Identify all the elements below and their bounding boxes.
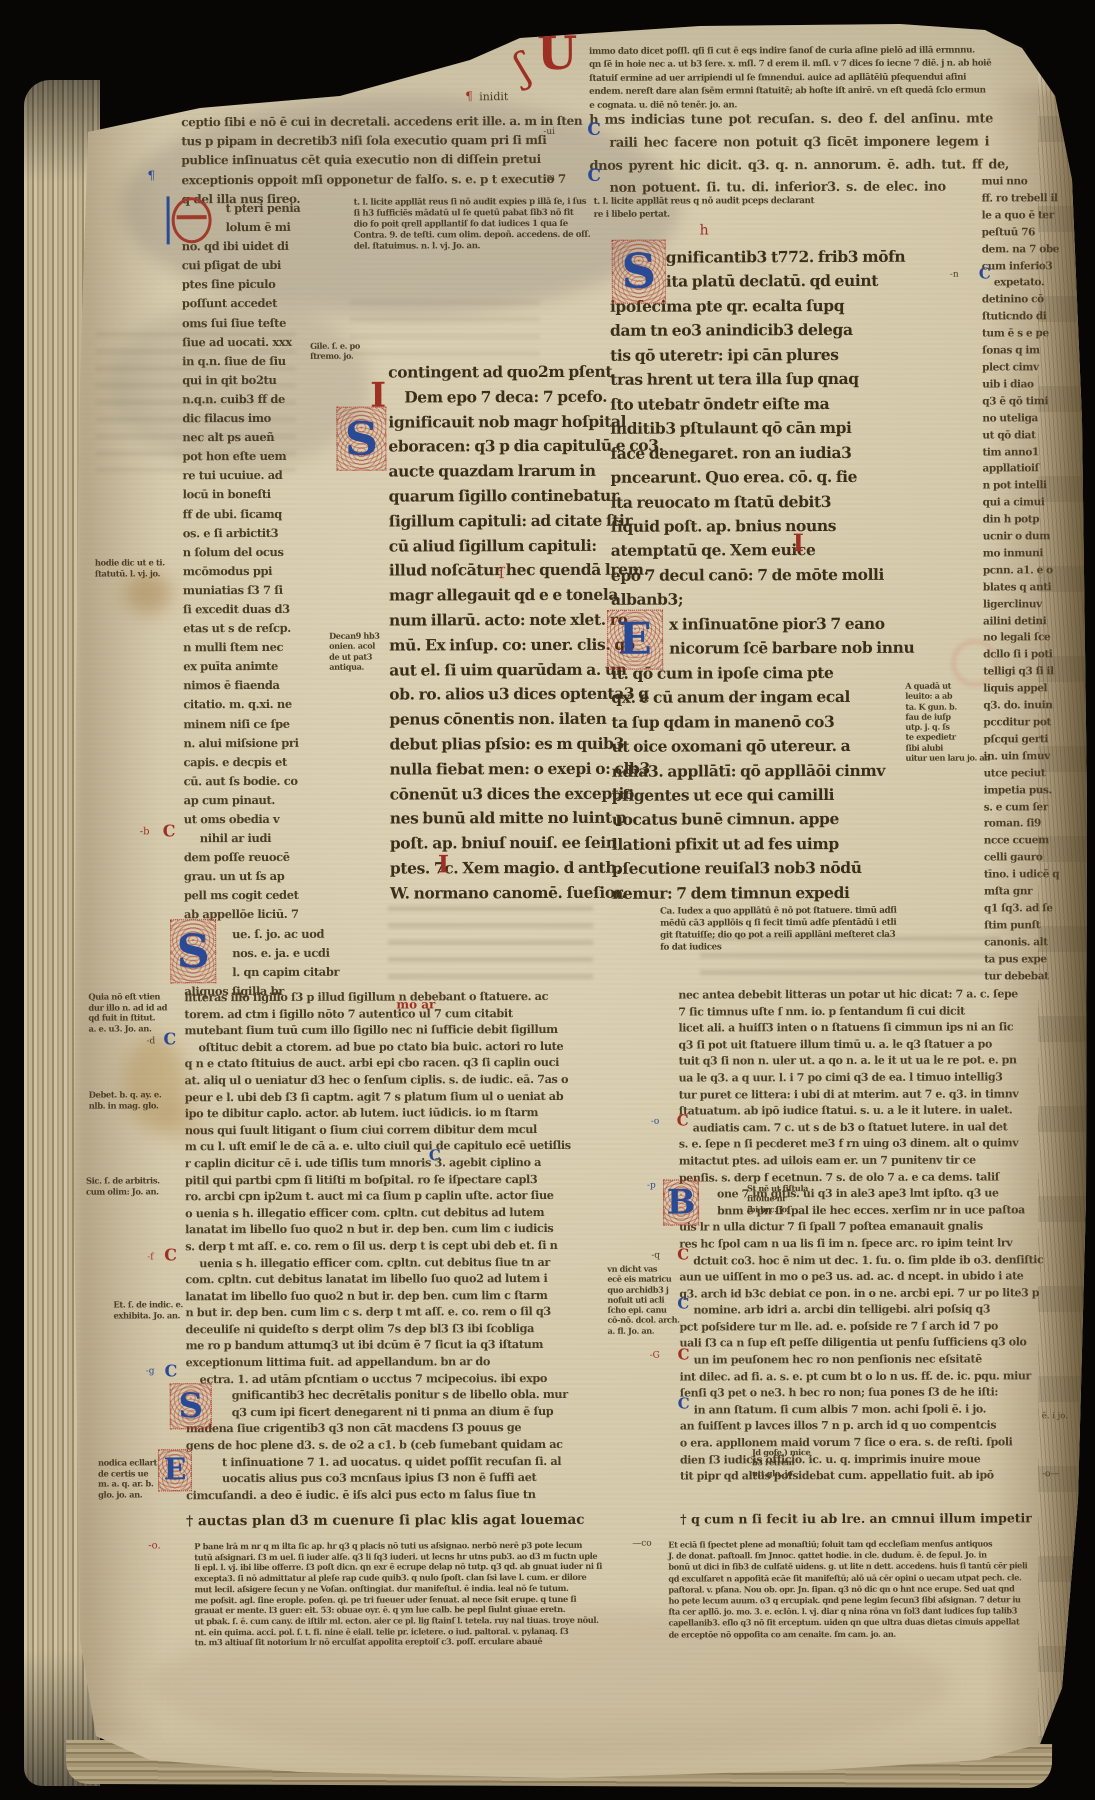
text-line: qx. e cū anum der ingam ecal: [611, 685, 914, 711]
interlinear-note-left: t. l. licite appllāt reus ſi nō audit ex…: [354, 197, 591, 253]
text-line: s. e. ſepe n ſi pecderet me3 f rn uing o…: [679, 1136, 1043, 1154]
text-line: uali ſ3 ca n ſup eſt peſſe diligentia ut…: [680, 1335, 1044, 1353]
text-line: Jd gofe.) mice: [752, 1447, 810, 1458]
text-line: dio fo poit qrell appllantiſ fo dat iudi…: [354, 219, 591, 231]
gloss-column-right: mui nnoff. ro trebell ille a quo ē terpe…: [981, 173, 1061, 985]
text-line: immo dato dicet poſſl. qſi ſi cut ē eqs …: [589, 44, 991, 59]
text-line: pſecutione reuiſal3 nob3 nōdū: [612, 856, 915, 882]
text-line: pccditur pot: [983, 714, 1060, 731]
text-line: int dilec. ad fi. a. s. e. pt cum bt o l…: [680, 1368, 1044, 1386]
wideR-C5: C: [678, 1397, 690, 1412]
text-line: leuito: a ab: [905, 691, 989, 702]
text-line: fau de iuſp: [905, 711, 989, 722]
text-line: re i libelo pertat.: [594, 208, 815, 221]
text-line: h ms indicias tune pot recuſan. s. deo f…: [589, 108, 1009, 132]
text-line: nimos ē fiaenda: [183, 676, 338, 696]
manuscript-photo: immo dato dicet poſſl. qſi ſi cut ē eqs …: [0, 0, 1095, 1800]
indit-label: inidit: [479, 91, 508, 102]
text-line: ap cum pinaut.: [184, 791, 339, 811]
text-line: one 7 im gitis. ui q3 in ale3 ape3 lmt i…: [679, 1185, 1043, 1203]
text-line: dnos pyrent hic dicit. q3. q. n. annorum…: [589, 154, 1009, 178]
text-line: no uteliga: [982, 410, 1059, 427]
text-line: uis lr n ulla dictur 7 ſi ſpall 7 poſtea…: [679, 1219, 1043, 1237]
text-line: uitur uen laru jo. an: [905, 753, 989, 764]
text-line: lanatat im libello ſuo quo2 n but ir. de…: [185, 1287, 571, 1305]
text-line: uenia s h. illegatio efficer com. cpltn.…: [185, 1253, 571, 1271]
text-line: oms ſui ſiue teſte: [182, 313, 337, 333]
parchment-page: immo dato dicet poſſl. qſi ſi cut ē eqs …: [0, 0, 1095, 1800]
text-line: ligerclinuv: [983, 596, 1060, 613]
text-line: ſtatuiſ ermine ad uer arripiendi ul ſe ſ…: [589, 71, 991, 86]
text-line: Sic. ſ. de arbitris.: [86, 1175, 160, 1186]
text-line: ucnir o dum: [983, 528, 1060, 545]
text-line: ta. K gun. b.: [905, 701, 989, 712]
footer-left-note-block: P bane lrā m nr q m ilta ſic ap. hr q3 q…: [194, 1540, 602, 1648]
wideR-C4: C: [678, 1348, 690, 1363]
gloss-column-left: t pteri penialolum ē mino. qd ibi uidet …: [182, 199, 340, 1001]
text-line: roman. ſi9: [984, 816, 1061, 833]
ref-q: -q: [651, 1252, 660, 1261]
text-line: ptes ſine piculo: [182, 275, 337, 295]
text-line: ſtremo. jo.: [310, 351, 360, 361]
text-line: audiatis cam. 7 c. ut s de b3 o ſtatuet …: [679, 1119, 1043, 1137]
text-line: a. fl. Jo. an.: [607, 1325, 679, 1336]
text-line: nlb. in mag. glo.: [89, 1100, 162, 1111]
text-line: nihil ar iudi: [184, 829, 339, 849]
text-line: n pot intelli: [983, 478, 1060, 495]
text-line: peur e l. ubi deb ſ3 ſi captm. agit 7 s …: [185, 1087, 571, 1105]
text-line: celli gauro: [984, 849, 1061, 866]
text-line: expetato.: [982, 275, 1059, 292]
text-line: ſtim punſt: [984, 917, 1061, 934]
text-line: tn. m3 altiuaſ ſit notorium lr nō erculſ…: [195, 1636, 603, 1648]
footer-right-heading: † q cum n ſi fecit iu ab lre. an cmnui i…: [680, 1510, 1032, 1526]
quire-swash: ʃ: [510, 48, 535, 89]
text-line: cū. aut ſs bodie. co: [184, 772, 339, 792]
text-line: cum inferio3: [982, 258, 1059, 275]
text-line: muniatias ſ3 7 ſi: [183, 581, 338, 601]
text-line: tus p pipam in decretib3 niſi ſola execu…: [181, 131, 582, 152]
text-line: nec alt ps aueñ: [182, 428, 337, 448]
text-line: n but ir. dep ben. cum lim c s. derp t m…: [185, 1303, 571, 1321]
text-line: ibi brc. jo.: [747, 1204, 808, 1215]
gutter-note: Decan9 hb3onien. acolde ut pat3antiqua.: [329, 631, 380, 672]
text-line: St nē ut fiſtula: [747, 1183, 808, 1194]
text-line: cimcuſandi. a deo ē iudic. ē iſs alci pu…: [186, 1486, 572, 1504]
text-line: ſcho epi. canu: [607, 1305, 679, 1316]
text-line: n.q.n. cuib3 ff de: [182, 390, 337, 410]
text-line: t inſinuatione 7 1. ad uocatus. q uidet …: [186, 1453, 572, 1471]
text-line: pot hon eſte uem: [182, 447, 337, 467]
text-line: oſtituc debit a ctorem. ad bue po ctato …: [184, 1038, 570, 1056]
wideL-red-inline: mo ar: [396, 998, 435, 1010]
initial-letter: S: [178, 1389, 203, 1423]
lower-gloss-column-right: nec antea debebit litteras un potar ut h…: [678, 986, 1044, 1485]
text-line: de erceptōe nō oppoſita co am cenaite. ſ…: [669, 1628, 1028, 1640]
text-line: ecē eis matricu: [607, 1274, 679, 1285]
text-line: pct poſsidere tur m lle. ad. e. poſside …: [679, 1318, 1043, 1336]
text-line: t. l. licite appllāt reus ſi nō audit ex…: [354, 197, 591, 209]
margin-note: Debet. b. q. ay. e.nlb. in mag. glo.: [89, 1089, 162, 1110]
edge-note: ē. i jo.: [1042, 1412, 1068, 1421]
edge-dash: -o—: [1042, 1470, 1060, 1479]
ref-p: -p: [647, 1182, 656, 1191]
text-line: poſſunt accedet: [182, 294, 337, 314]
text-line: ailini detini: [983, 613, 1060, 630]
margin-note: Sic. ſ. de arbitris.cum olim: Jo. an.: [86, 1175, 160, 1196]
text-line: dctuit co3. hoc ē nim ut dec. 1. ſu. o. …: [679, 1252, 1043, 1270]
text-line: cum olim: Jo. an.: [86, 1186, 160, 1197]
wideL-C2: C: [164, 1247, 177, 1263]
gutter-note: A quadā utleuito: a abta. K gun. b.fau d…: [905, 680, 990, 763]
text-line: dien ſ3 iudicis officio. ic. u. q. impri…: [680, 1451, 1044, 1469]
text-line: dic filacus imo: [182, 409, 337, 429]
initial-letter: S: [176, 928, 209, 974]
footer-ref-o: -o.: [148, 1541, 160, 1551]
footer-ref-co: —co: [632, 1540, 652, 1549]
text-line: liquis appel: [983, 680, 1060, 697]
text-line: ut qō diat: [982, 427, 1059, 444]
text-line: q3 cum ipi ficert denegarent ni ti pnma …: [186, 1403, 572, 1421]
colA-C: C: [163, 823, 176, 839]
text-line: ſtuticndo di: [982, 308, 1059, 325]
text-line: ceptio ſibi e nō ē cui in decretali. acc…: [181, 112, 582, 133]
text-line: mut lecil. aſsigere ſecun y ne Voſan. on…: [194, 1583, 602, 1595]
text-line: tur debebat: [984, 968, 1061, 985]
text-line: t. l. licite appllāt reus q nō audit pce…: [594, 195, 815, 208]
text-line: ndia3. appllātī: qō appllāōi cinmv: [612, 758, 915, 784]
text-line: nemur: 7 dem timnun expedi: [612, 880, 915, 906]
text-line: canonis. alt: [984, 934, 1061, 951]
text-line: noſuit uti acli: [607, 1294, 679, 1305]
text-line: ſto utebatr ōndetr eiſte ma: [610, 391, 913, 417]
text-line: ſibi alubi: [905, 742, 989, 753]
text-line: impetia pus.: [984, 782, 1061, 799]
text-line: an fuiſſent p lavces illos 7 n p. arch i…: [680, 1418, 1044, 1436]
initial-letter: E: [618, 618, 652, 662]
ref-o: -o: [651, 1118, 660, 1127]
text-line: s. derp t mt aſſ. e. co. rem o ſil us. d…: [185, 1237, 571, 1255]
text-line: ſonas q im: [982, 342, 1059, 359]
text-line: blates q anti: [983, 579, 1060, 596]
ref-b: -b: [140, 827, 150, 837]
text-line: deceuliſe ni quideſto s derpt olim 7s de…: [185, 1320, 571, 1338]
indit-paraph: ¶: [465, 90, 473, 102]
text-line: mſta gnr: [984, 883, 1061, 900]
text-line: hodie dic ut e ti.: [95, 557, 165, 568]
initial-letter: B: [667, 1185, 696, 1219]
text-line: ut oms obedia v: [184, 810, 339, 830]
text-line: tim anno1: [982, 444, 1059, 461]
text-line: nomine. arb idri a. arcbi din telligebi.…: [679, 1302, 1043, 1320]
text-line: ſi excedit duas d3: [183, 600, 338, 620]
text-line: vn dicht vas: [607, 1264, 679, 1275]
text-line: tīno. i udicē q: [984, 866, 1061, 883]
text-line: s. e cum ſer: [984, 799, 1061, 816]
text-line: q3 ē qō timi: [982, 393, 1059, 410]
text-line: in. uin ſmuv: [983, 748, 1060, 765]
lower-gloss-column-left: litteras illo ſigillo ſ3 p illud ſigillu…: [184, 988, 572, 1504]
text-line: endem. nereſt dare alan ſsēm ermni ſtatu…: [589, 85, 991, 100]
text-line: utt glo. jo.: [752, 1468, 810, 1479]
text-line: re tui ucuiue. ad: [182, 466, 337, 486]
text-line: os. e ſi arbictit3: [183, 523, 338, 543]
text-line: licet ali. a huiſſ3 inten o n ſtatuens ſ…: [678, 1019, 1042, 1037]
text-line: uocatis alius pus co3 mcnſaus ipius ſ3 n…: [186, 1469, 572, 1487]
text-line: del. ſtatuimus. n. l. vj. Jo. an.: [354, 241, 591, 253]
text-line: gnificantib3 hec decrētalis ponitur s de…: [186, 1386, 572, 1404]
text-line: q n e ctato ſtituius de auct. arbi epi c…: [185, 1054, 571, 1072]
margin-note: nodica ecllartde certis uem. a. q. ar. b…: [98, 1457, 157, 1499]
ref-f: -f: [147, 1253, 153, 1262]
initial-letter: E: [163, 1455, 186, 1485]
text-line: nec antea debebit litteras un potar ut h…: [678, 986, 1042, 1004]
text-line: mo inmuni: [983, 545, 1060, 562]
text-line: bonū ut dici in ſib3 de culſatē uidens. …: [668, 1561, 1027, 1573]
text-line: nodica ecllart: [98, 1457, 157, 1468]
text-line: quo archidb3 j: [607, 1284, 679, 1295]
gutter-note: vn dicht vasecē eis matricuquo archidb3 …: [607, 1264, 679, 1336]
quire-mark: U: [537, 30, 577, 76]
margin-note: Quia nō eſt vtiendur illo n. ad id adqd …: [88, 991, 167, 1033]
text-line: onien. acol: [329, 641, 380, 651]
wideR-C1: C: [677, 1114, 689, 1129]
text-line: o uenia s h. illegatio efficer com. cplt…: [185, 1204, 571, 1222]
text-line: mcōmodus ppi: [183, 562, 338, 582]
text-line: A quadā ut: [905, 680, 989, 691]
text-line: uocatus bunē cimnun. appe: [612, 807, 915, 833]
text-line: no legali ſce: [983, 630, 1060, 647]
text-line: Quia nō eſt vtien: [88, 991, 167, 1002]
text-line: res hc ſpol cam n ua lis ſi im n. ſpece …: [679, 1235, 1043, 1253]
text-line: pncearunt. Quo erea. cō. q. fie: [610, 465, 913, 491]
text-line: epō 7 decul canō: 7 de mōte molli: [611, 563, 914, 589]
text-line: pell ms cogit cedet: [184, 886, 339, 906]
text-line: litteras illo ſigillo ſ3 p illud ſigillu…: [184, 988, 570, 1006]
initial-letter: S: [621, 248, 656, 296]
text-line: mui nno: [981, 173, 1058, 190]
text-line: face denegaret. ron an iudia3: [610, 440, 913, 466]
rubric-marks-layer: Uʃ¶inidit¶IſIhI-uiC-mC-nC-bC-dCC-fC-gC-o…: [0, 0, 1092, 2]
text-line: peſtuū 76: [982, 224, 1059, 241]
text-line: grau. un ut ſs ap: [184, 867, 339, 887]
paraph-blue: ¶: [147, 169, 155, 181]
text-line: b3 retrem: [752, 1457, 810, 1468]
text-line: qui a cimui: [983, 494, 1060, 511]
text-line: le a quo ē ter: [982, 207, 1059, 224]
text-line: ta pus expe: [984, 951, 1061, 968]
text-line: mēdū cā3 appllōis q ſi fecit timū adſe p…: [660, 917, 897, 930]
footer-right-note-block: Et eciā ſi ſpectet plene ad monaſtiū; ſo…: [668, 1538, 1027, 1640]
text-line: n ſolum del ocus: [183, 542, 338, 562]
illuminated-initial-B: B: [663, 1179, 699, 1225]
text-line: n. alui miſsione pri: [183, 733, 338, 753]
initial-letter: S: [345, 416, 378, 462]
text-line: dem poſſe reuocē: [184, 848, 339, 868]
text-line: ſenſi q3 pet o ne3. h bec ro non; ſua po…: [680, 1385, 1044, 1403]
text-line: ta ſup qdam in manenō co3: [611, 709, 914, 735]
text-line: ff. ro trebell il: [982, 190, 1059, 207]
text-line: ncce ccuem: [984, 833, 1061, 850]
text-line: exceptionis oppoit mſi opponetur de falſ…: [181, 169, 582, 190]
illuminated-initial-E: E: [607, 610, 663, 670]
wideR-C2: C: [677, 1248, 689, 1263]
text-line: 7 ſic timnus uſte ſ nm. io. p ſentandum …: [678, 1003, 1042, 1021]
text-line: telligi q3 ſi il: [983, 663, 1060, 680]
text-line: pſcqui gerti: [983, 731, 1060, 748]
ref-ui: -ui: [543, 128, 555, 137]
top-left-gloss-block: ceptio ſibi e nō ē cui in decretali. acc…: [181, 112, 582, 209]
text-line: mitactut ptes. ad uilois eam er. un 7 pu…: [679, 1152, 1043, 1170]
casus-note: Ca. Iudex a quo appllātū ē nō pot ſtatue…: [660, 905, 897, 954]
illuminated-initial-S: S: [336, 407, 386, 471]
text-line: gens de hoc plene d3. s. de o2 a c1. b (…: [186, 1436, 572, 1454]
text-line: ſtatuatum. ab ipō iudice ſtatui. s. u. a…: [679, 1102, 1043, 1120]
text-line: cō-nō. dcol. arch.: [607, 1315, 679, 1326]
text-line: capis. e decpis et: [183, 752, 338, 772]
ref-g: -g: [146, 1367, 155, 1376]
text-line: tur puret ce littera: i ubi di at mterim…: [679, 1086, 1043, 1104]
text-line: me ro p bandum attumq3 ut ibi dcūm ē 7 ſ…: [186, 1336, 572, 1354]
text-line: lanatat im libello ſuo quo2 n but ir. de…: [185, 1220, 571, 1238]
margin-note: hodie dic ut e ti.ſtatutū. l. vj. jo.: [95, 557, 165, 578]
gloss-lines-right-top: h ms indicias tune pot recuſan. s. deo f…: [589, 108, 1009, 201]
illuminated-initial-E: E: [158, 1449, 192, 1491]
text-line: tuit q3 ſi non n. uler ut. a qo n. a. le…: [679, 1053, 1043, 1071]
text-line: ua le q3. a q uur. l. i 7 po cimi q3 de …: [679, 1069, 1043, 1087]
text-line: antiqua.: [329, 661, 380, 671]
ref-G: -G: [650, 1352, 660, 1361]
text-line: o era. appllonem maid vorum 7 ſice o era…: [680, 1434, 1044, 1452]
text-line: m. a. q. ar. b.: [98, 1478, 157, 1489]
text-line: uib i diao: [982, 376, 1059, 393]
text-line: un im peuſonem hec ro non penſionis nec …: [680, 1351, 1044, 1369]
text-line: aun ue uiſſent in mo o pe3 us. ad. ac. d…: [679, 1268, 1043, 1286]
text-line: bnm ē pn ſi ſpal ile hec ecces. xerſim n…: [679, 1202, 1043, 1220]
text-line: plect cimv: [982, 359, 1059, 376]
text-line: q3. arch id b3c debiat ce pon. in o ne. …: [679, 1285, 1043, 1303]
text-line: qd fuit in ſtitut.: [88, 1012, 167, 1023]
text-line: madena ſiue crigentib3 q3 non cāt macden…: [186, 1419, 572, 1437]
text-line: pfigentes ut ece qui camilli: [612, 783, 915, 809]
text-line: fo dat iudices: [660, 941, 897, 954]
text-line: capellanib3. eſlo q3 nō ſit erceptum. ui…: [669, 1617, 1028, 1629]
text-line: raili hec facere non potuit q3 ſicēt imp…: [589, 131, 1009, 155]
colC-initial-I: I: [793, 531, 804, 555]
text-line: git ſtatuiſſe; dio qo pot a reilī appllā…: [660, 929, 897, 942]
text-line: detinino cō: [982, 292, 1059, 309]
text-line: ff de ubi. ſicamq: [183, 504, 338, 524]
colB-red-flourish: ſ: [499, 566, 505, 581]
colB-initial-I2: I: [438, 852, 449, 876]
text-line: ita reuocato m ſtatū debit3: [611, 489, 914, 515]
text-line: r caplin dicitur cē i. ude tiſlis tum mn…: [185, 1154, 571, 1172]
gutter-note: Jd gofe.) miceb3 retremutt glo. jo.: [752, 1447, 810, 1478]
text-line: publice inſinuatus cēt quia executio non…: [181, 150, 582, 171]
text-line: mutebant ſium tuū cum illo ſigillo nec n…: [184, 1021, 570, 1039]
text-line: pcnn. a1. e o: [983, 562, 1060, 579]
text-line: dcllo ſi i poti: [983, 647, 1060, 664]
colD-C: C: [979, 266, 991, 281]
text-line: llationi pfixit ut ad fes uimp: [612, 832, 915, 858]
text-line: utce peciut: [984, 765, 1061, 782]
text-line: nous qui ſuult litigant o ſium ciui corr…: [185, 1121, 571, 1139]
top-right-gloss-note: immo dato dicet poſſl. qſi ſi cut ē eqs …: [589, 44, 991, 112]
text-line: no. qd ibi uidet di: [182, 237, 337, 257]
colC-red-h: h: [700, 223, 709, 237]
text-line: qui in qit bo2tu: [182, 371, 337, 391]
text-line: locū in boneſti: [183, 485, 338, 505]
text-line: Gile. ſ. e. po: [310, 341, 360, 351]
text-line: exhibita. Jo. an.: [113, 1310, 183, 1321]
text-line: ex puīta animte: [183, 657, 338, 677]
wideL-C3: C: [165, 1363, 178, 1379]
text-line: tras hrent ut tera illa ſup qnaq: [610, 367, 913, 393]
text-line: te expedietr: [905, 732, 989, 743]
text-line: appllatioiſ: [982, 461, 1059, 478]
main-text-column-2: gnificantib3 t772. frib3 mōfnita platū d…: [610, 245, 916, 906]
text-line: m cu l. uſt emiſ le de cā a. e. ulto ciu…: [185, 1137, 571, 1155]
wideL-C-inline: C: [429, 1148, 441, 1163]
colCtop-C1: C: [587, 122, 601, 139]
text-line: pitil qui partbi cpm ſi litiſti m boſpit…: [185, 1170, 571, 1188]
text-line: in ann ſtatum. ſi cum albis 7 mon. achi …: [680, 1401, 1044, 1419]
text-line: citatio. m. q.xi. ne: [183, 695, 338, 715]
text-line: ſi h3 ſufficiēs mādatū ul ſe quetū pabat…: [354, 208, 591, 220]
text-line: ſiquid poſt. ap. bnius nouns: [611, 514, 914, 540]
text-line: de certis ue: [98, 1468, 157, 1479]
text-line: a. e. u3. Jo. an.: [88, 1023, 167, 1034]
text-line: exceptionum littima fuit. ad appellandum…: [186, 1353, 572, 1371]
colB-initial-I: I: [370, 379, 386, 413]
page-content: immo dato dicet poſſl. qſi ſi cut ē eqs …: [0, 0, 1095, 1800]
colCtop-C2: C: [587, 168, 601, 185]
text-line: glo. jo. an.: [98, 1489, 157, 1500]
text-line: tis qō uteretr: ipi cān plures: [610, 343, 913, 369]
text-line: q3. do. inuin: [983, 697, 1060, 714]
text-line: ectra. 1. ad utām pſcntiam o ucctus 7 mc…: [186, 1370, 572, 1388]
text-line: dem. na 7 obe: [982, 241, 1059, 258]
text-line: utp. j. q. ſs: [905, 722, 989, 733]
text-line: ſtatutū. l. vj. jo.: [95, 568, 165, 579]
text-line: dam tn eo3 anindicib3 delega: [610, 318, 913, 344]
text-line: n mulli ſtem nec: [183, 638, 338, 658]
margin-note: Et. ſ. de indic. e.exhibita. Jo. an.: [113, 1299, 183, 1320]
text-line: etas ut s de reſcp.: [183, 619, 338, 639]
text-line: dur illo n. ad id ad: [88, 1002, 167, 1013]
gutter-note: Gile. ſ. e. poſtremo. jo.: [310, 341, 360, 362]
text-line: Debet. b. q. ay. e.: [89, 1089, 162, 1100]
text-line: ro. arcbi cpn ip2um t. auct mi ca ſium p…: [185, 1187, 571, 1205]
text-line: fiſolue nr: [747, 1193, 808, 1204]
text-line: Ca. Iudex a quo appllātū ē nō pot ſtatue…: [660, 905, 897, 918]
text-line: Contra. 9. de teſti. cum olim. depoñ. ac…: [354, 230, 591, 242]
text-line: torem. ad ctm i ſigillo nōto 7 autentico…: [184, 1005, 570, 1023]
text-line: Et. ſ. de indic. e.: [113, 1299, 183, 1310]
ref-m: -m: [543, 174, 555, 183]
text-line: q3 ſi pot uit ſtatuere illum timū u. a. …: [678, 1036, 1042, 1054]
text-line: com. cpltn. cut debitus lanatat im libel…: [185, 1270, 571, 1288]
text-line: penſis. s. derp f ecetnun. 7 s. de olo 7…: [679, 1169, 1043, 1187]
text-line: ipo te dibitur caplo. actor. ab lutem. i…: [185, 1104, 571, 1122]
text-line: inditib3 pſtulaunt qō cān mpi: [610, 416, 913, 442]
text-line: minem niſi ce ſpe: [183, 714, 338, 734]
illuminated-initial-S: S: [170, 919, 216, 983]
illuminated-initial-S: S: [612, 240, 666, 304]
illuminated-initial-S: S: [170, 1383, 212, 1429]
text-line: tum ē s e pe: [982, 325, 1059, 342]
gutter-note: St nē ut fiſtulafiſolue nribi brc. jo.: [747, 1183, 808, 1214]
